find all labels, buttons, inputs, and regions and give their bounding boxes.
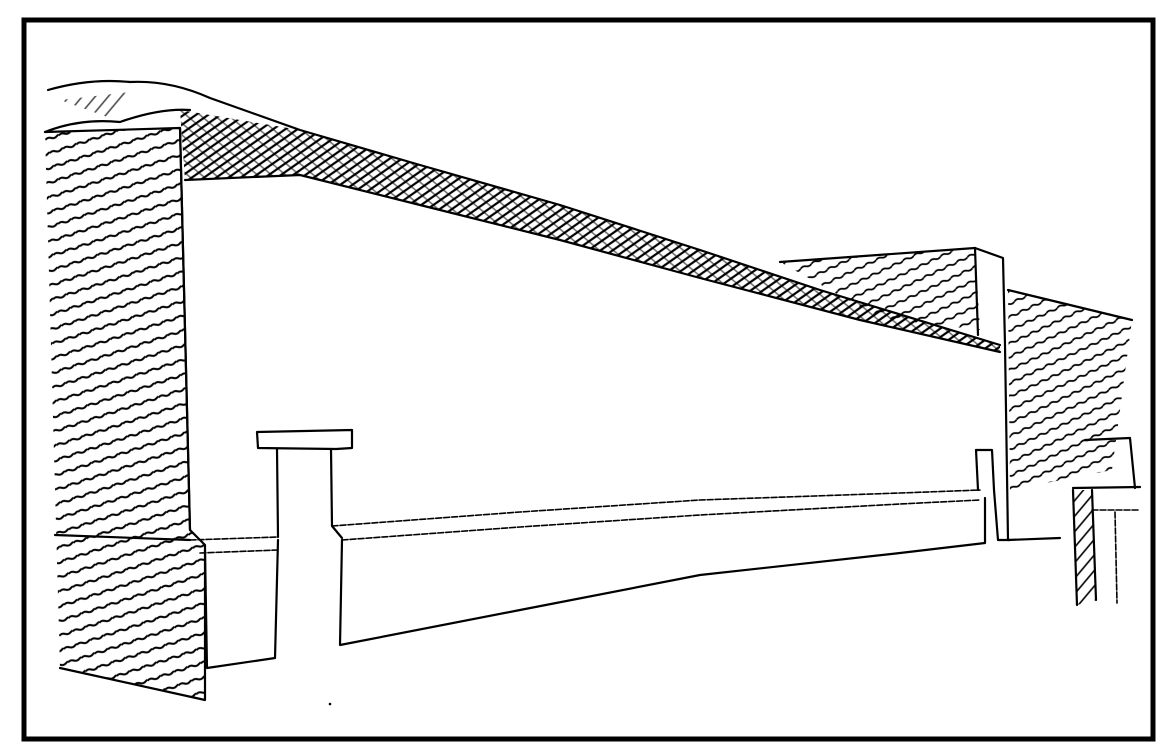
left-hatched-wall [45,128,205,700]
ink-speck [329,703,332,706]
architectural-sketch [0,0,1170,748]
